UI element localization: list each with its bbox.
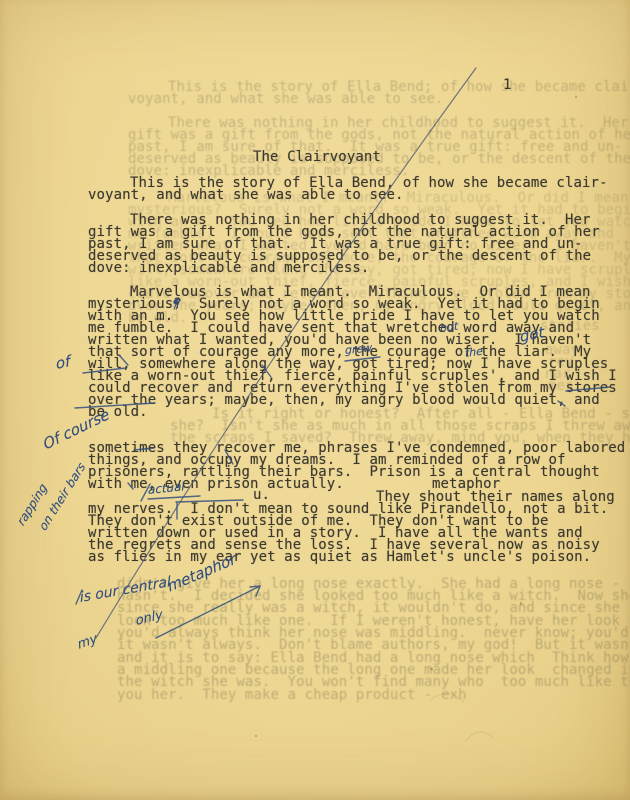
manuscript-page: This is the story of Ella Bend; of how s… [0, 0, 630, 800]
paper-speck [575, 96, 577, 98]
typed-line: dove: inexplicable and merciless. [88, 261, 369, 275]
paper-speck [520, 602, 522, 605]
paper-speck [430, 668, 433, 670]
typed-line: as flies in my ear yet as quiet as Hamle… [88, 550, 591, 564]
ghost-squiggle [465, 732, 493, 742]
underline-actual [148, 496, 200, 499]
typed-line: u. [253, 488, 270, 502]
typed-line: over the years; maybe, then, my angry bl… [88, 393, 600, 407]
typed-line: voyant, and what she was able to see. [88, 188, 404, 202]
bleedthrough-line: you her. They make a cheap product - exh [117, 688, 467, 702]
handwriting-note: of [55, 352, 71, 373]
page-number: 1 [503, 78, 512, 92]
typed-line: with me, even prison actually. [88, 477, 344, 491]
paper-speck [300, 388, 302, 390]
page-title: The Clairvoyant [253, 150, 381, 164]
paper-speck [255, 735, 257, 737]
handwriting-note: actual [148, 479, 185, 497]
handwriting-note: the [465, 344, 483, 360]
handwriting-note: but [440, 319, 459, 335]
bleedthrough-line: voyant, and what she was able to see. [128, 92, 444, 106]
handwriting-note: my [76, 631, 99, 653]
